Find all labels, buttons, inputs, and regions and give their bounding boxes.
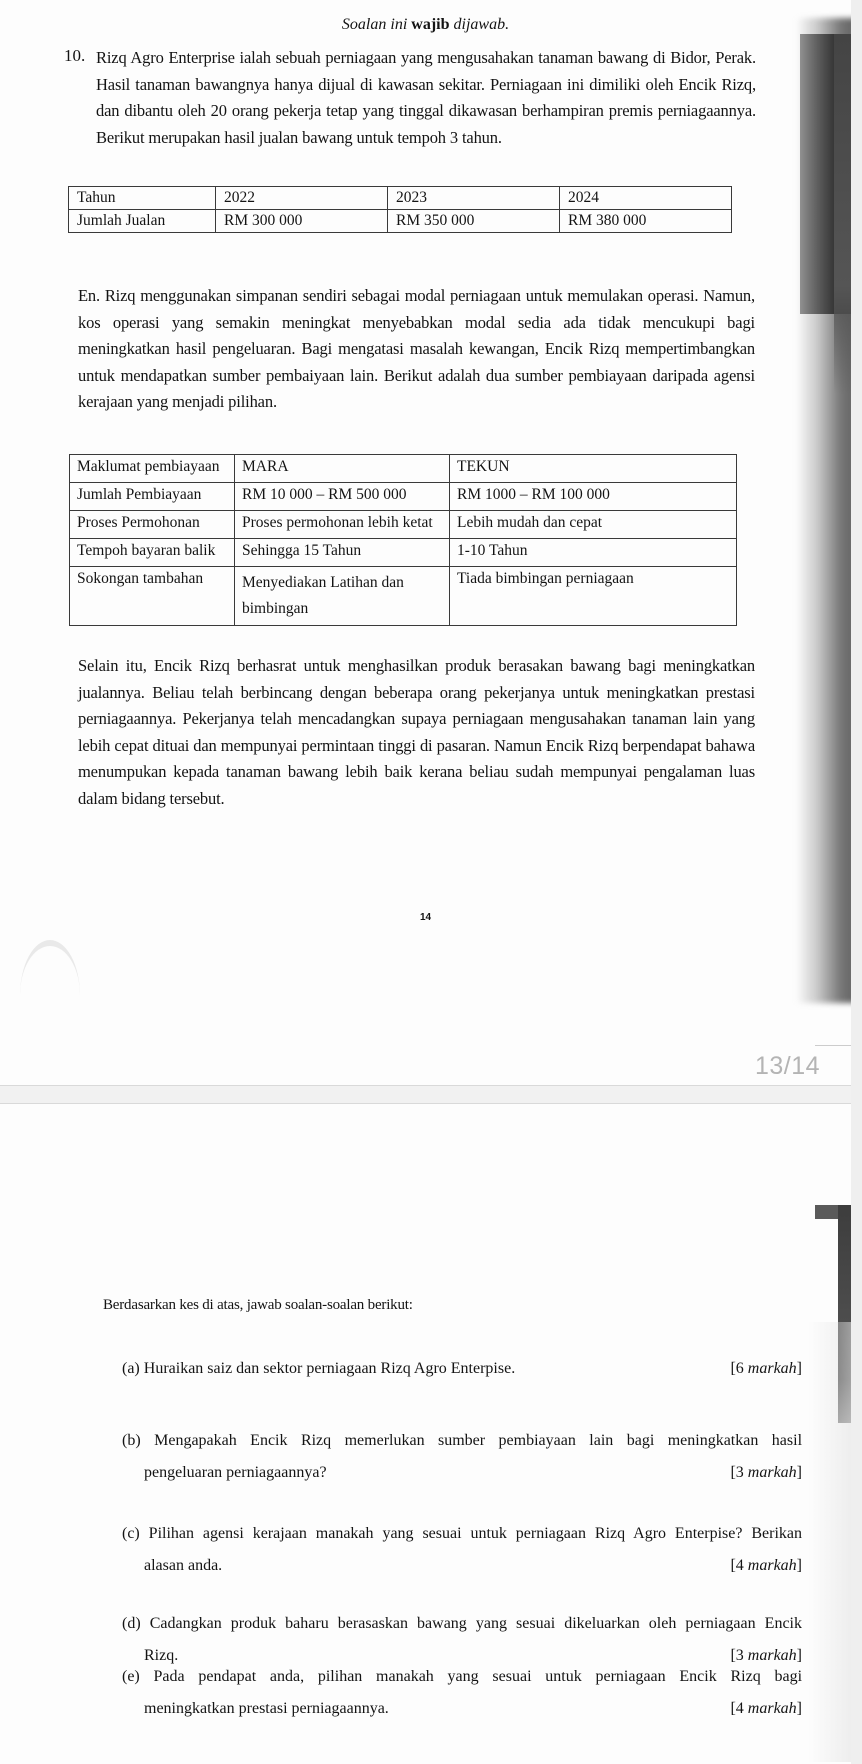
table-header-cell: MARA: [235, 455, 450, 483]
table-cell: Proses Permohonan: [70, 511, 235, 539]
financing-paragraph: En. Rizq menggunakan simpanan sendiri se…: [78, 283, 755, 416]
question-number: 10.: [64, 46, 85, 66]
question-b: (b) Mengapakah Encik Rizq memerlukan sum…: [122, 1425, 802, 1489]
table-row: Jumlah Jualan RM 300 000 RM 350 000 RM 3…: [69, 210, 732, 233]
page-indicator: 13/14: [755, 1052, 820, 1081]
header-text-end: dijawab.: [454, 16, 510, 33]
table-cell: Jumlah Pembiayaan: [70, 483, 235, 511]
table-row: Jumlah Pembiayaan RM 10 000 – RM 500 000…: [70, 483, 737, 511]
table-cell: 1-10 Tahun: [450, 539, 737, 567]
product-idea-paragraph: Selain itu, Encik Rizq berhasrat untuk m…: [78, 653, 755, 812]
table-cell: Sokongan tambahan: [70, 567, 235, 626]
question-c: (c) Pilihan agensi kerajaan manakah yang…: [122, 1518, 802, 1582]
marks-badge: [4 markah]: [730, 1693, 802, 1725]
table-cell: Jumlah Jualan: [69, 210, 216, 233]
table-cell: Tiada bimbingan perniagaan: [450, 567, 737, 626]
case-intro-paragraph: Rizq Agro Enterprise ialah sebuah pernia…: [96, 45, 756, 151]
table-cell: RM 10 000 – RM 500 000: [235, 483, 450, 511]
question-label: (a): [122, 1360, 140, 1377]
table-cell: RM 300 000: [216, 210, 388, 233]
table-cell: RM 1000 – RM 100 000: [450, 483, 737, 511]
question-text: Pada pendapat anda, pilihan manakah yang…: [154, 1668, 802, 1685]
question-label: (b): [122, 1432, 141, 1449]
document-page-13: Soalan ini wajib dijawab. 10. Rizq Agro …: [0, 0, 851, 1085]
table-row: Proses Permohonan Proses permohonan lebi…: [70, 511, 737, 539]
table-cell: Lebih mudah dan cepat: [450, 511, 737, 539]
question-text: alasan anda.: [144, 1557, 222, 1574]
header-bold-text: wajib: [411, 16, 449, 33]
table-cell: Sehingga 15 Tahun: [235, 539, 450, 567]
marks-badge: [4 markah]: [730, 1550, 802, 1582]
scan-shadow: [808, 1322, 851, 1762]
sales-table: Tahun 2022 2023 2024 Jumlah Jualan RM 30…: [68, 186, 732, 233]
marks-badge: [6 markah]: [730, 1353, 802, 1385]
question-e: (e) Pada pendapat anda, pilihan manakah …: [122, 1661, 802, 1725]
question-text: meningkatkan prestasi perniagaannya.: [144, 1700, 389, 1717]
marks-badge: [3 markah]: [730, 1457, 802, 1489]
table-cell: 2024: [560, 187, 732, 210]
divider: [815, 1045, 851, 1046]
header-text: Soalan ini: [342, 16, 407, 33]
question-text: pengeluaran perniagaannya?: [144, 1464, 327, 1481]
table-header-cell: TEKUN: [450, 455, 737, 483]
table-cell: Menyediakan Latihan dan bimbingan: [235, 567, 450, 626]
question-a: (a) Huraikan saiz dan sektor perniagaan …: [122, 1353, 802, 1385]
question-label: (d): [122, 1615, 141, 1632]
table-cell: Tempoh bayaran balik: [70, 539, 235, 567]
table-cell: 2022: [216, 187, 388, 210]
table-cell: Proses permohonan lebih ketat: [235, 511, 450, 539]
printed-page-number: 14: [0, 912, 851, 923]
table-cell: RM 380 000: [560, 210, 732, 233]
page-separator: [0, 1085, 851, 1086]
table-header-row: Maklumat pembiayaan MARA TEKUN: [70, 455, 737, 483]
table-cell: RM 350 000: [388, 210, 560, 233]
question-text: Huraikan saiz dan sektor perniagaan Rizq…: [144, 1360, 515, 1377]
table-header-cell: Maklumat pembiayaan: [70, 455, 235, 483]
scan-artifact: [20, 940, 80, 1051]
table-row: Tempoh bayaran balik Sehingga 15 Tahun 1…: [70, 539, 737, 567]
table-row: Tahun 2022 2023 2024: [69, 187, 732, 210]
financing-comparison-table: Maklumat pembiayaan MARA TEKUN Jumlah Pe…: [69, 454, 737, 626]
question-text: Cadangkan produk baharu berasaskan bawan…: [150, 1615, 802, 1632]
table-cell: Tahun: [69, 187, 216, 210]
instruction-header: Soalan ini wajib dijawab.: [0, 16, 851, 34]
scrollbar-track[interactable]: [851, 0, 862, 1764]
question-text: Pilihan agensi kerajaan manakah yang ses…: [149, 1525, 802, 1542]
questions-intro: Berdasarkan kes di atas, jawab soalan-so…: [103, 1297, 413, 1314]
table-cell: 2023: [388, 187, 560, 210]
question-label: (e): [122, 1668, 140, 1685]
question-text: Mengapakah Encik Rizq memerlukan sumber …: [154, 1432, 802, 1449]
scan-edge: [834, 34, 851, 394]
table-row: Sokongan tambahan Menyediakan Latihan da…: [70, 567, 737, 626]
question-label: (c): [122, 1525, 140, 1542]
